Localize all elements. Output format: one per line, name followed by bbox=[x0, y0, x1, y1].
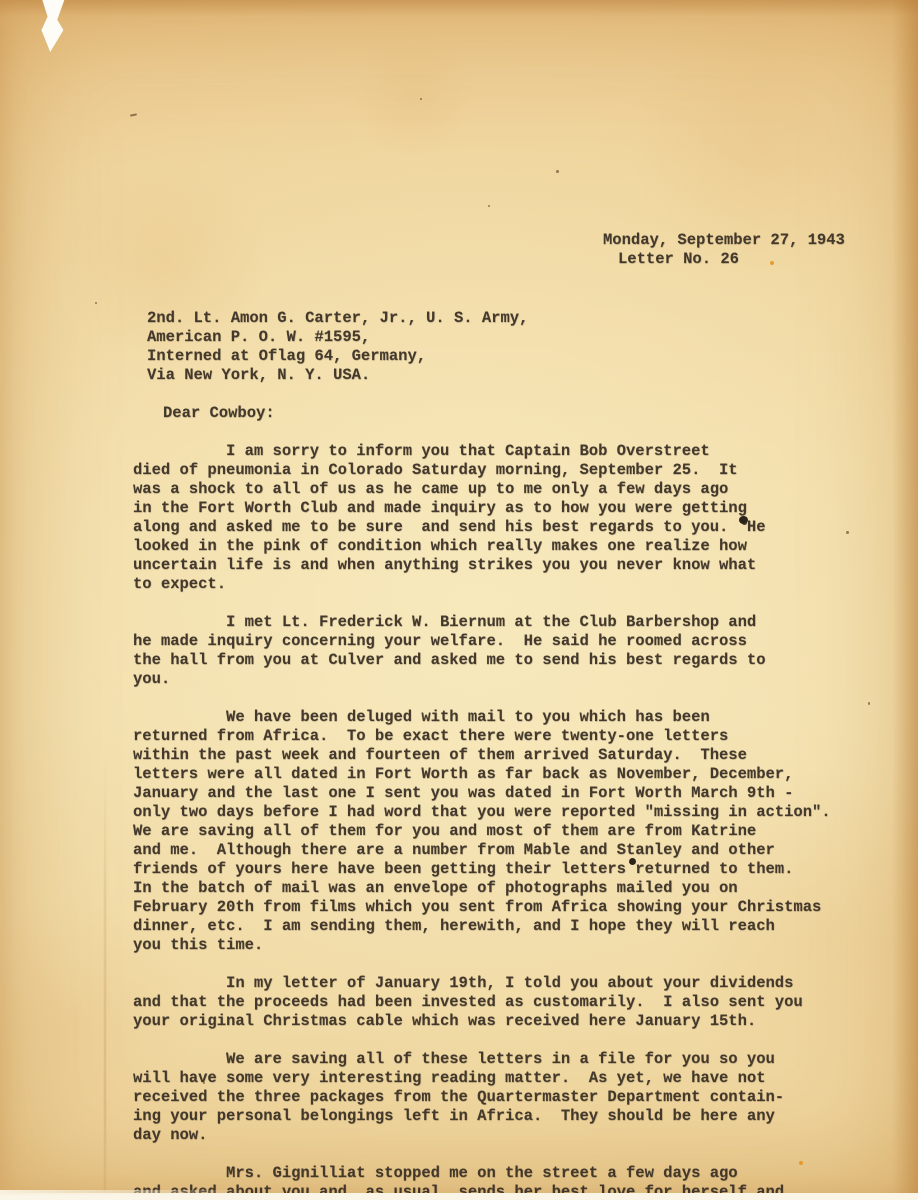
salutation: Dear Cowboy: bbox=[163, 404, 873, 423]
letter-line: I met Lt. Frederick W. Biernum at the Cl… bbox=[133, 613, 873, 632]
letter-line: you. bbox=[133, 670, 873, 689]
letter-line: We have been deluged with mail to you wh… bbox=[133, 708, 873, 727]
letter-line: American P. O. W. #1595, bbox=[147, 328, 873, 347]
scanned-letter-page: { "document": { "kind": "typewritten-let… bbox=[0, 0, 918, 1200]
letter-header: Monday, September 27, 1943 Letter No. 26 bbox=[603, 231, 873, 269]
letter-line: in the Fort Worth Club and made inquiry … bbox=[133, 499, 873, 518]
paper-speck bbox=[420, 98, 422, 100]
letter-line: I am sorry to inform you that Captain Bo… bbox=[133, 442, 873, 461]
letter-line: will have some very interesting reading … bbox=[133, 1069, 873, 1088]
letter-line: your original Christmas cable which was … bbox=[133, 1012, 873, 1031]
letter-number-line: Letter No. 26 bbox=[618, 250, 873, 269]
letter-line: looked in the pink of condition which re… bbox=[133, 537, 873, 556]
paper-speck bbox=[868, 702, 870, 705]
letter-line: to expect. bbox=[133, 575, 873, 594]
date-line: Monday, September 27, 1943 bbox=[603, 231, 873, 250]
letter-line: and that the proceeds had been invested … bbox=[133, 993, 873, 1012]
letter-line: 2nd. Lt. Amon G. Carter, Jr., U. S. Army… bbox=[147, 309, 873, 328]
letter-line: only two days before I had word that you… bbox=[133, 803, 873, 822]
letter-line: died of pneumonia in Colorado Saturday m… bbox=[133, 461, 873, 480]
recipient-address-block: 2nd. Lt. Amon G. Carter, Jr., U. S. Army… bbox=[147, 309, 873, 385]
letter-line: letters were all dated in Fort Worth as … bbox=[133, 765, 873, 784]
letter-line: We are saving all of them for you and mo… bbox=[133, 822, 873, 841]
scan-edge-strip-left bbox=[0, 1190, 250, 1195]
crease-line bbox=[104, 760, 106, 1200]
letter-line: he made inquiry concerning your welfare.… bbox=[133, 632, 873, 651]
ink-blot bbox=[629, 858, 636, 865]
letter-line: and me. Although there are a number from… bbox=[133, 841, 873, 860]
letter-line: Interned at Oflag 64, Germany, bbox=[147, 347, 873, 366]
paragraph-dividends: In my letter of January 19th, I told you… bbox=[133, 974, 873, 1031]
scan-edge-right bbox=[892, 0, 918, 1200]
letter-line: uncertain life is and when anything stri… bbox=[133, 556, 873, 575]
letter-line: In the batch of mail was an envelope of … bbox=[133, 879, 873, 898]
letter-line: friends of yours here have been getting … bbox=[133, 860, 873, 879]
paper-speck bbox=[770, 261, 774, 265]
paragraph-returned-mail: We have been deluged with mail to you wh… bbox=[133, 708, 873, 955]
letter-line: returned from Africa. To be exact there … bbox=[133, 727, 873, 746]
letter-line: received the three packages from the Qua… bbox=[133, 1088, 873, 1107]
letter-line: ing your personal belongings left in Afr… bbox=[133, 1107, 873, 1126]
paragraph-letter-file: We are saving all of these letters in a … bbox=[133, 1050, 873, 1145]
letter-line: Mrs. Gignilliat stopped me on the street… bbox=[133, 1164, 873, 1183]
letter-content: Monday, September 27, 1943 Letter No. 26… bbox=[133, 0, 873, 1200]
letter-line: dinner, etc. I am sending them, herewith… bbox=[133, 917, 873, 936]
letter-line: In my letter of January 19th, I told you… bbox=[133, 974, 873, 993]
letter-line: Via New York, N. Y. USA. bbox=[147, 366, 873, 385]
letter-line: within the past week and fourteen of the… bbox=[133, 746, 873, 765]
paper-speck bbox=[203, 1082, 205, 1084]
letter-line: January and the last one I sent you was … bbox=[133, 784, 873, 803]
paper-speck bbox=[846, 531, 849, 534]
letter-line: day now. bbox=[133, 1126, 873, 1145]
letter-line: February 20th from films which you sent … bbox=[133, 898, 873, 917]
letter-line: along and asked me to be sure and send h… bbox=[133, 518, 873, 537]
paper-speck bbox=[95, 302, 97, 304]
paragraph-overstreet-news: I am sorry to inform you that Captain Bo… bbox=[133, 442, 873, 594]
paper-speck bbox=[556, 170, 559, 173]
ink-blot bbox=[739, 516, 748, 524]
letter-line: the hall from you at Culver and asked me… bbox=[133, 651, 873, 670]
paragraph-biernum-barbershop: I met Lt. Frederick W. Biernum at the Cl… bbox=[133, 613, 873, 689]
paper-speck bbox=[799, 1161, 803, 1165]
letter-line: you this time. bbox=[133, 936, 873, 955]
paper-speck bbox=[488, 205, 490, 207]
letter-line: We are saving all of these letters in a … bbox=[133, 1050, 873, 1069]
letter-line: was a shock to all of us as he came up t… bbox=[133, 480, 873, 499]
salutation-line: Dear Cowboy: bbox=[163, 404, 873, 423]
